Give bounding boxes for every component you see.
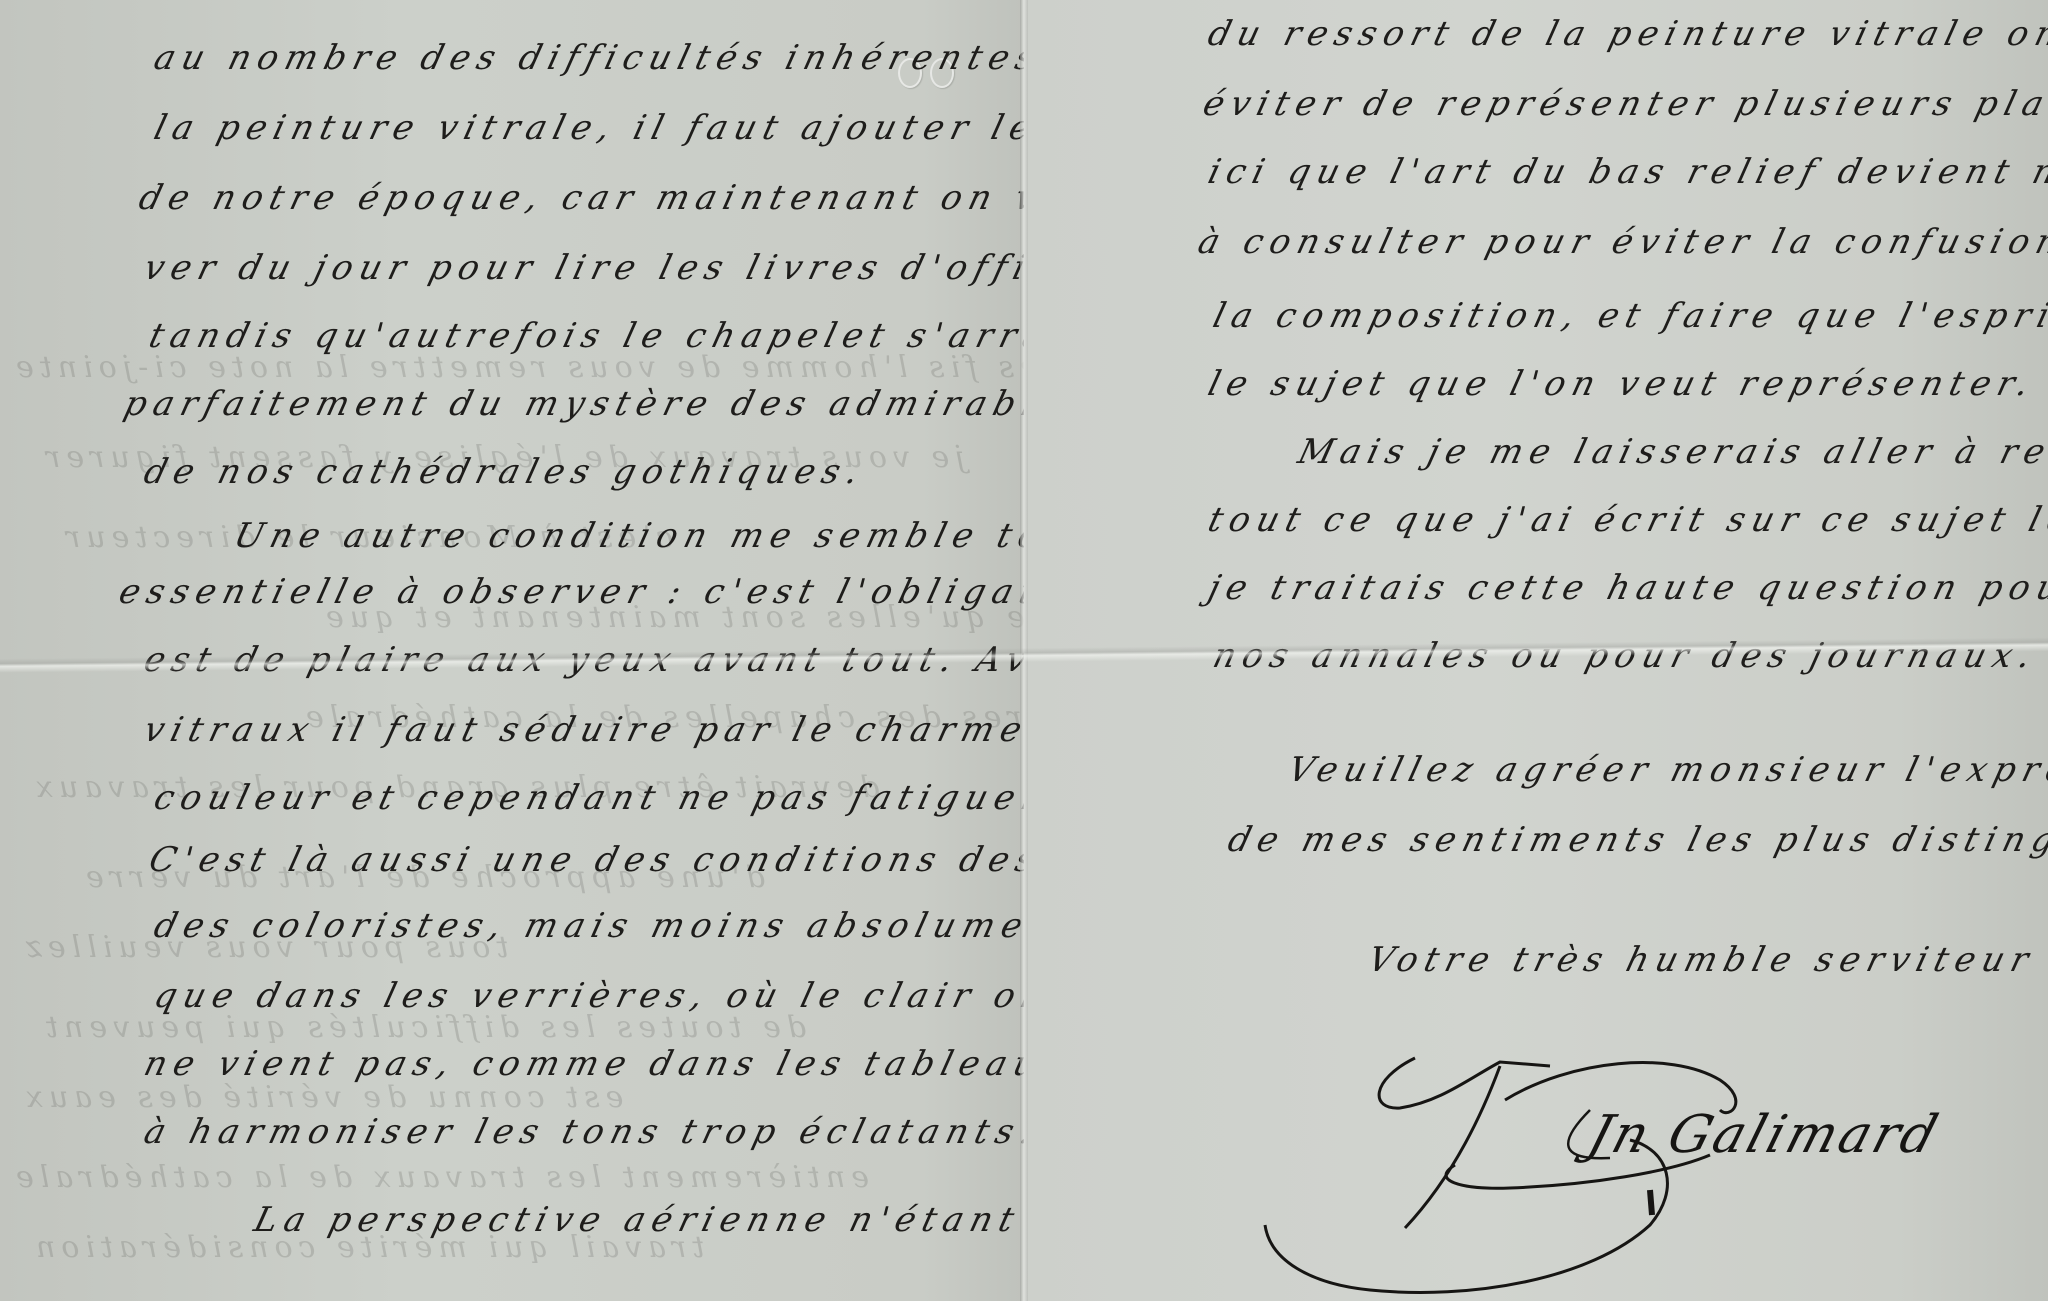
letter-line: à consulter pour éviter la confusion dan… (1194, 222, 2048, 262)
letter-line: tout ce que j'ai écrit sur ce sujet lors… (1204, 500, 2048, 540)
letter-sheet: les fis l'homme de vous remettre la note… (0, 0, 2048, 1301)
letter-line: Mais je me laisserais aller à redire (1294, 432, 2048, 472)
letter-line: à harmoniser les tons trop éclatants. (140, 1112, 1043, 1152)
letter-line: ici que l'art du bas relief devient néce… (1204, 152, 2048, 192)
letter-line: que dans les verrières, où le clair obsc… (150, 976, 1158, 1016)
letter-line: de nos cathédrales gothiques. (140, 452, 870, 492)
bleed-through-text: entièrement les travaux de la cathédrale (10, 1160, 869, 1195)
closing-line: Votre très humble serviteur (1364, 940, 2039, 980)
signature-flourish (1250, 1040, 1930, 1301)
signature: Jn Galimard (1581, 1105, 1946, 1165)
letter-line: La perspective aérienne n'étant pas (250, 1200, 1123, 1240)
letter-line: au nombre des difficultés inhérentes à (150, 38, 1091, 78)
letter-line: ver du jour pour lire les livres d'offic… (140, 248, 1090, 288)
letter-line: éviter de représenter plusieurs plans. C… (1199, 84, 2048, 124)
letter-line: Veuillez agréer monsieur l'expression (1284, 750, 2048, 790)
letter-line: la composition, et faire que l'esprit co… (1209, 296, 2048, 336)
bleed-through-text: est connu de vérité des eaux (20, 1080, 623, 1115)
letter-line: je traitais cette haute question pour (1204, 568, 2048, 608)
letter-line: du ressort de la peinture vitrale on doi… (1204, 14, 2048, 54)
letter-line: le sujet que l'on veut représenter. (1204, 364, 2040, 404)
letter-line: de mes sentiments les plus distingués (1224, 820, 2048, 860)
letter-line: vitraux il faut séduire par le charme de… (140, 710, 1170, 750)
